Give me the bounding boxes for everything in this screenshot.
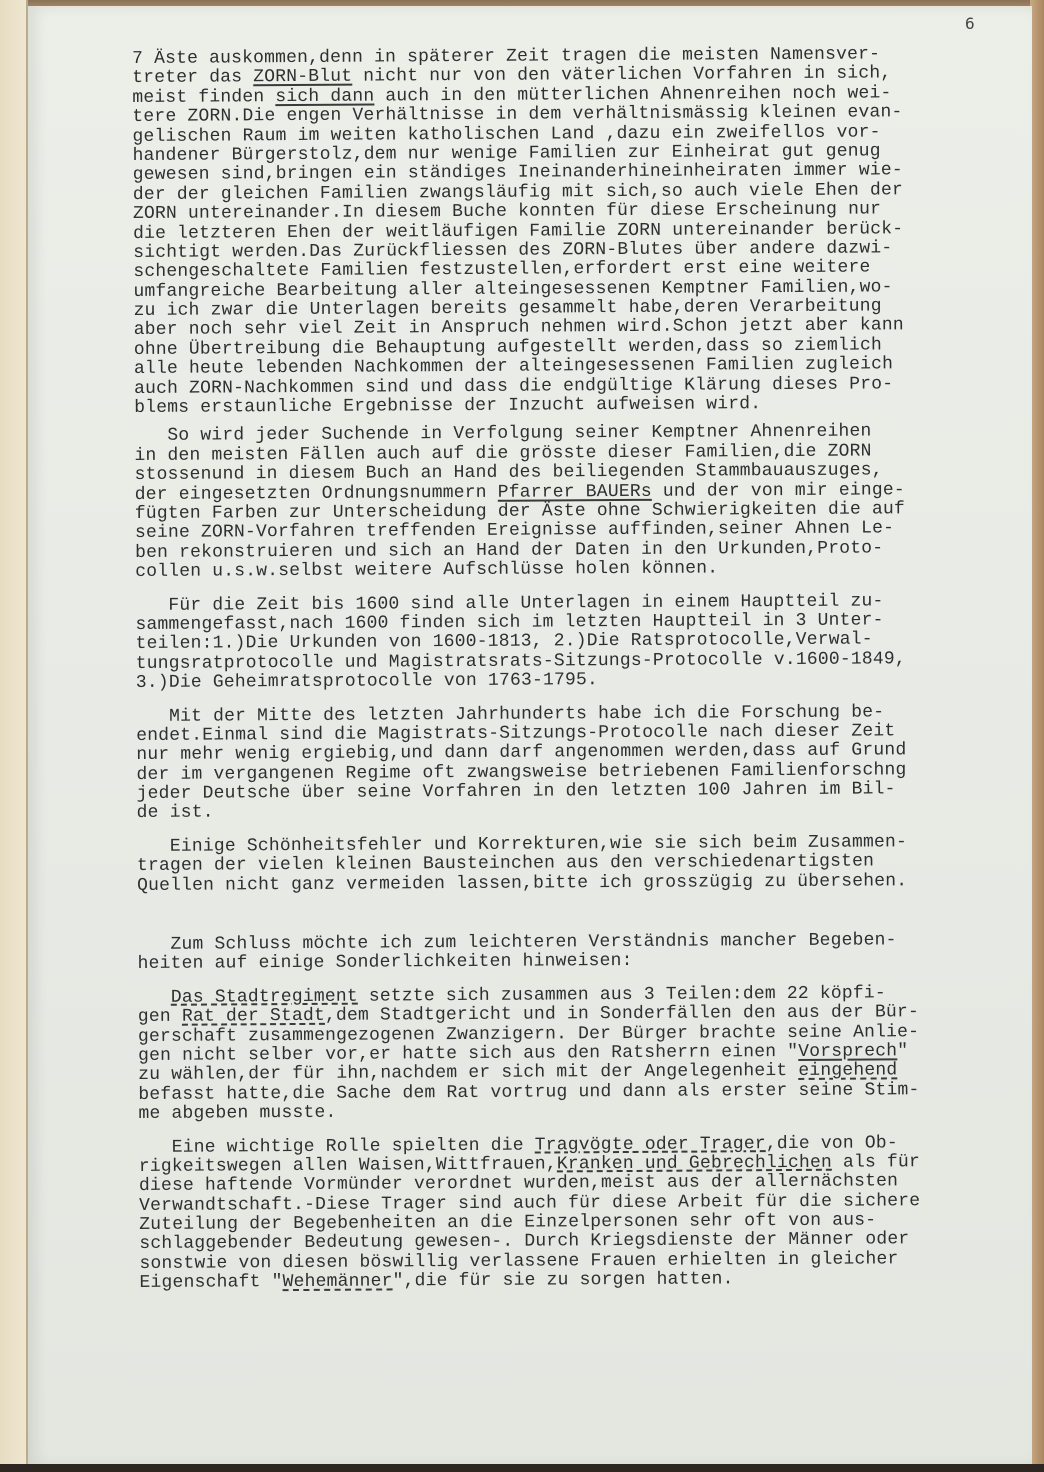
- underlined-phrase: Rat der Stadt: [182, 1006, 325, 1027]
- underlined-phrase: eingehend: [798, 1061, 897, 1082]
- typewritten-page: 6 7 Äste auskommen,denn in späterer Zeit…: [28, 6, 1032, 1466]
- paragraph-gap: [137, 890, 1044, 936]
- text-line: Eigenschaft "Wehemänner",die für sie zu …: [139, 1269, 1044, 1294]
- underlined-phrase: sich dann: [275, 86, 374, 107]
- underlined-phrase: Tragvögte oder Trager: [535, 1134, 766, 1155]
- paragraph: Zum Schluss möchte ich zum leichteren Ve…: [137, 930, 1044, 974]
- paragraph: Das Stadtregiment setzte sich zusammen a…: [138, 983, 1044, 1124]
- underlined-phrase: Vorsprech: [798, 1041, 897, 1062]
- book-binding: [0, 0, 28, 1472]
- paragraph: Für die Zeit bis 1600 sind alle Unterlag…: [135, 591, 1044, 694]
- paragraph: 7 Äste auskommen,denn in späterer Zeit t…: [132, 44, 1044, 418]
- page-body: 7 Äste auskommen,denn in späterer Zeit t…: [132, 44, 1044, 1293]
- underlined-phrase: Pfarrer BAUERs: [498, 481, 652, 502]
- underlined-phrase: Wehemänner: [283, 1272, 393, 1293]
- underlined-phrase: Kranken und Gebrechlichen: [557, 1153, 832, 1175]
- paragraph: Eine wichtige Rolle spielten die Tragvög…: [139, 1133, 1044, 1294]
- page-number: 6: [965, 14, 975, 33]
- page-bottom-edge: [0, 1464, 1044, 1472]
- paragraph: Mit der Mitte des letzten Jahrhunderts h…: [136, 702, 1044, 824]
- paragraph: Einige Schönheitsfehler und Korrekturen,…: [137, 832, 1044, 896]
- underlined-phrase: Das Stadtregiment: [171, 986, 358, 1007]
- paragraph: So wird jeder Suchende in Verfolgung sei…: [134, 422, 1044, 583]
- underlined-phrase: ZORN-Blut: [253, 67, 352, 88]
